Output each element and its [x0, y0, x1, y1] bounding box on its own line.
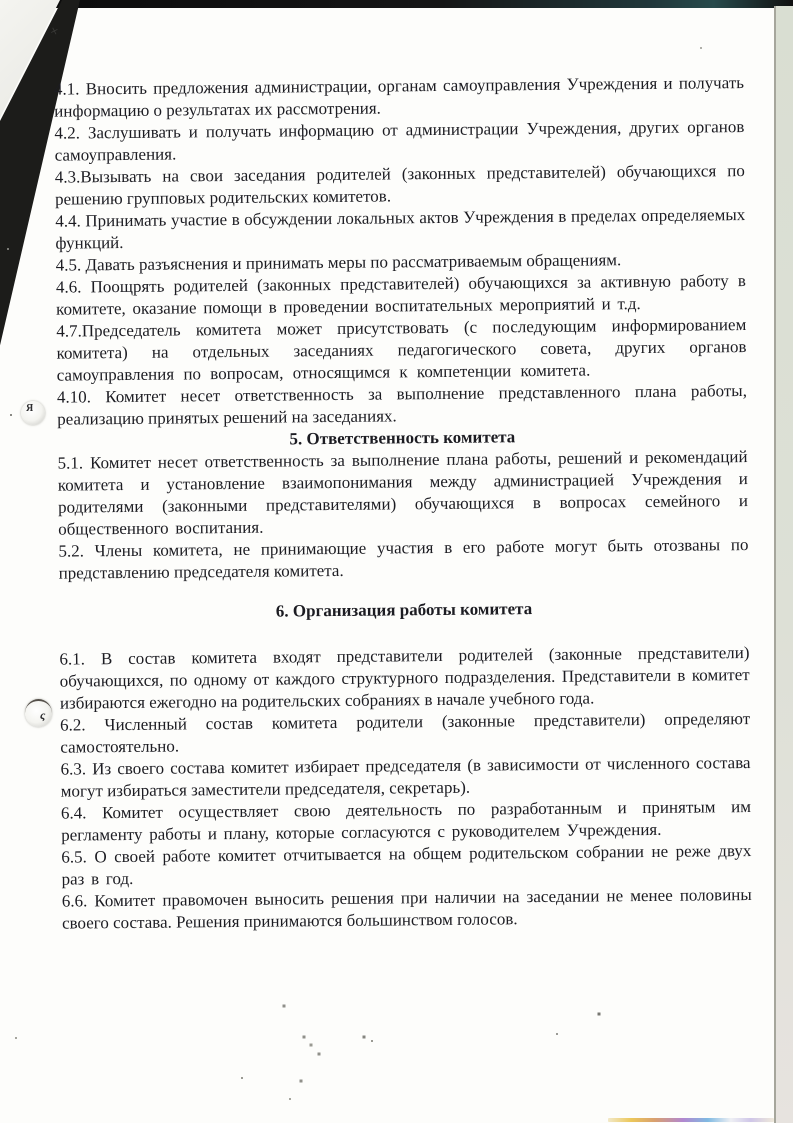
clause-6-1: 6.1. В состав комитета входят представит…: [59, 642, 750, 715]
clause-5-2: 5.2. Члены комитета, не принимающие учас…: [58, 534, 748, 585]
clause-4-1: 4.1. Вносить предложения администрации, …: [54, 72, 744, 123]
clause-6-6: 6.6. Комитет правомочен выносить решения…: [62, 884, 752, 935]
ink-specks: [0, 0, 2, 2]
section-6-heading: 6. Организация работы комитета: [59, 596, 749, 625]
pen-mark: ×: [49, 25, 60, 38]
clause-6-2: 6.2. Численный состав комитета родители …: [60, 708, 750, 759]
scanned-document-page: × Я ς 4.1. Вносить предложения администр…: [0, 0, 793, 1123]
clause-4-7: 4.7.Председатель комитета может присутст…: [56, 314, 747, 387]
clause-4-4: 4.4. Принимать участие в обсуждении лока…: [55, 204, 745, 255]
clause-5-1: 5.1. Комитет несет ответственность за вы…: [57, 446, 748, 541]
clause-4-10: 4.10. Комитет несет ответственность за в…: [57, 380, 747, 431]
clause-6-4: 6.4. Комитет осуществляет свою деятельно…: [61, 796, 751, 847]
hole-punch-showthrough-glyph-2: ς: [40, 708, 45, 723]
hole-punch-2: ς: [25, 699, 52, 727]
scanner-edge-right: [774, 6, 793, 1123]
hole-punch-showthrough-glyph-1: Я: [26, 403, 33, 414]
clause-4-6: 4.6. Поощрять родителей (законных предст…: [56, 270, 746, 321]
color-calibration-strip: [608, 1118, 774, 1122]
document-body: 4.1. Вносить предложения администрации, …: [54, 72, 752, 935]
hole-punch-1: Я: [21, 401, 45, 425]
clause-6-3: 6.3. Из своего состава комитет избирает …: [60, 752, 750, 803]
clause-4-2: 4.2. Заслушивать и получать информацию о…: [54, 116, 744, 167]
clause-4-3: 4.3.Вызывать на свои заседания родителей…: [55, 160, 745, 211]
clause-6-5: 6.5. О своей работе комитет отчитывается…: [61, 840, 751, 891]
scan-edge-top: [0, 0, 793, 8]
